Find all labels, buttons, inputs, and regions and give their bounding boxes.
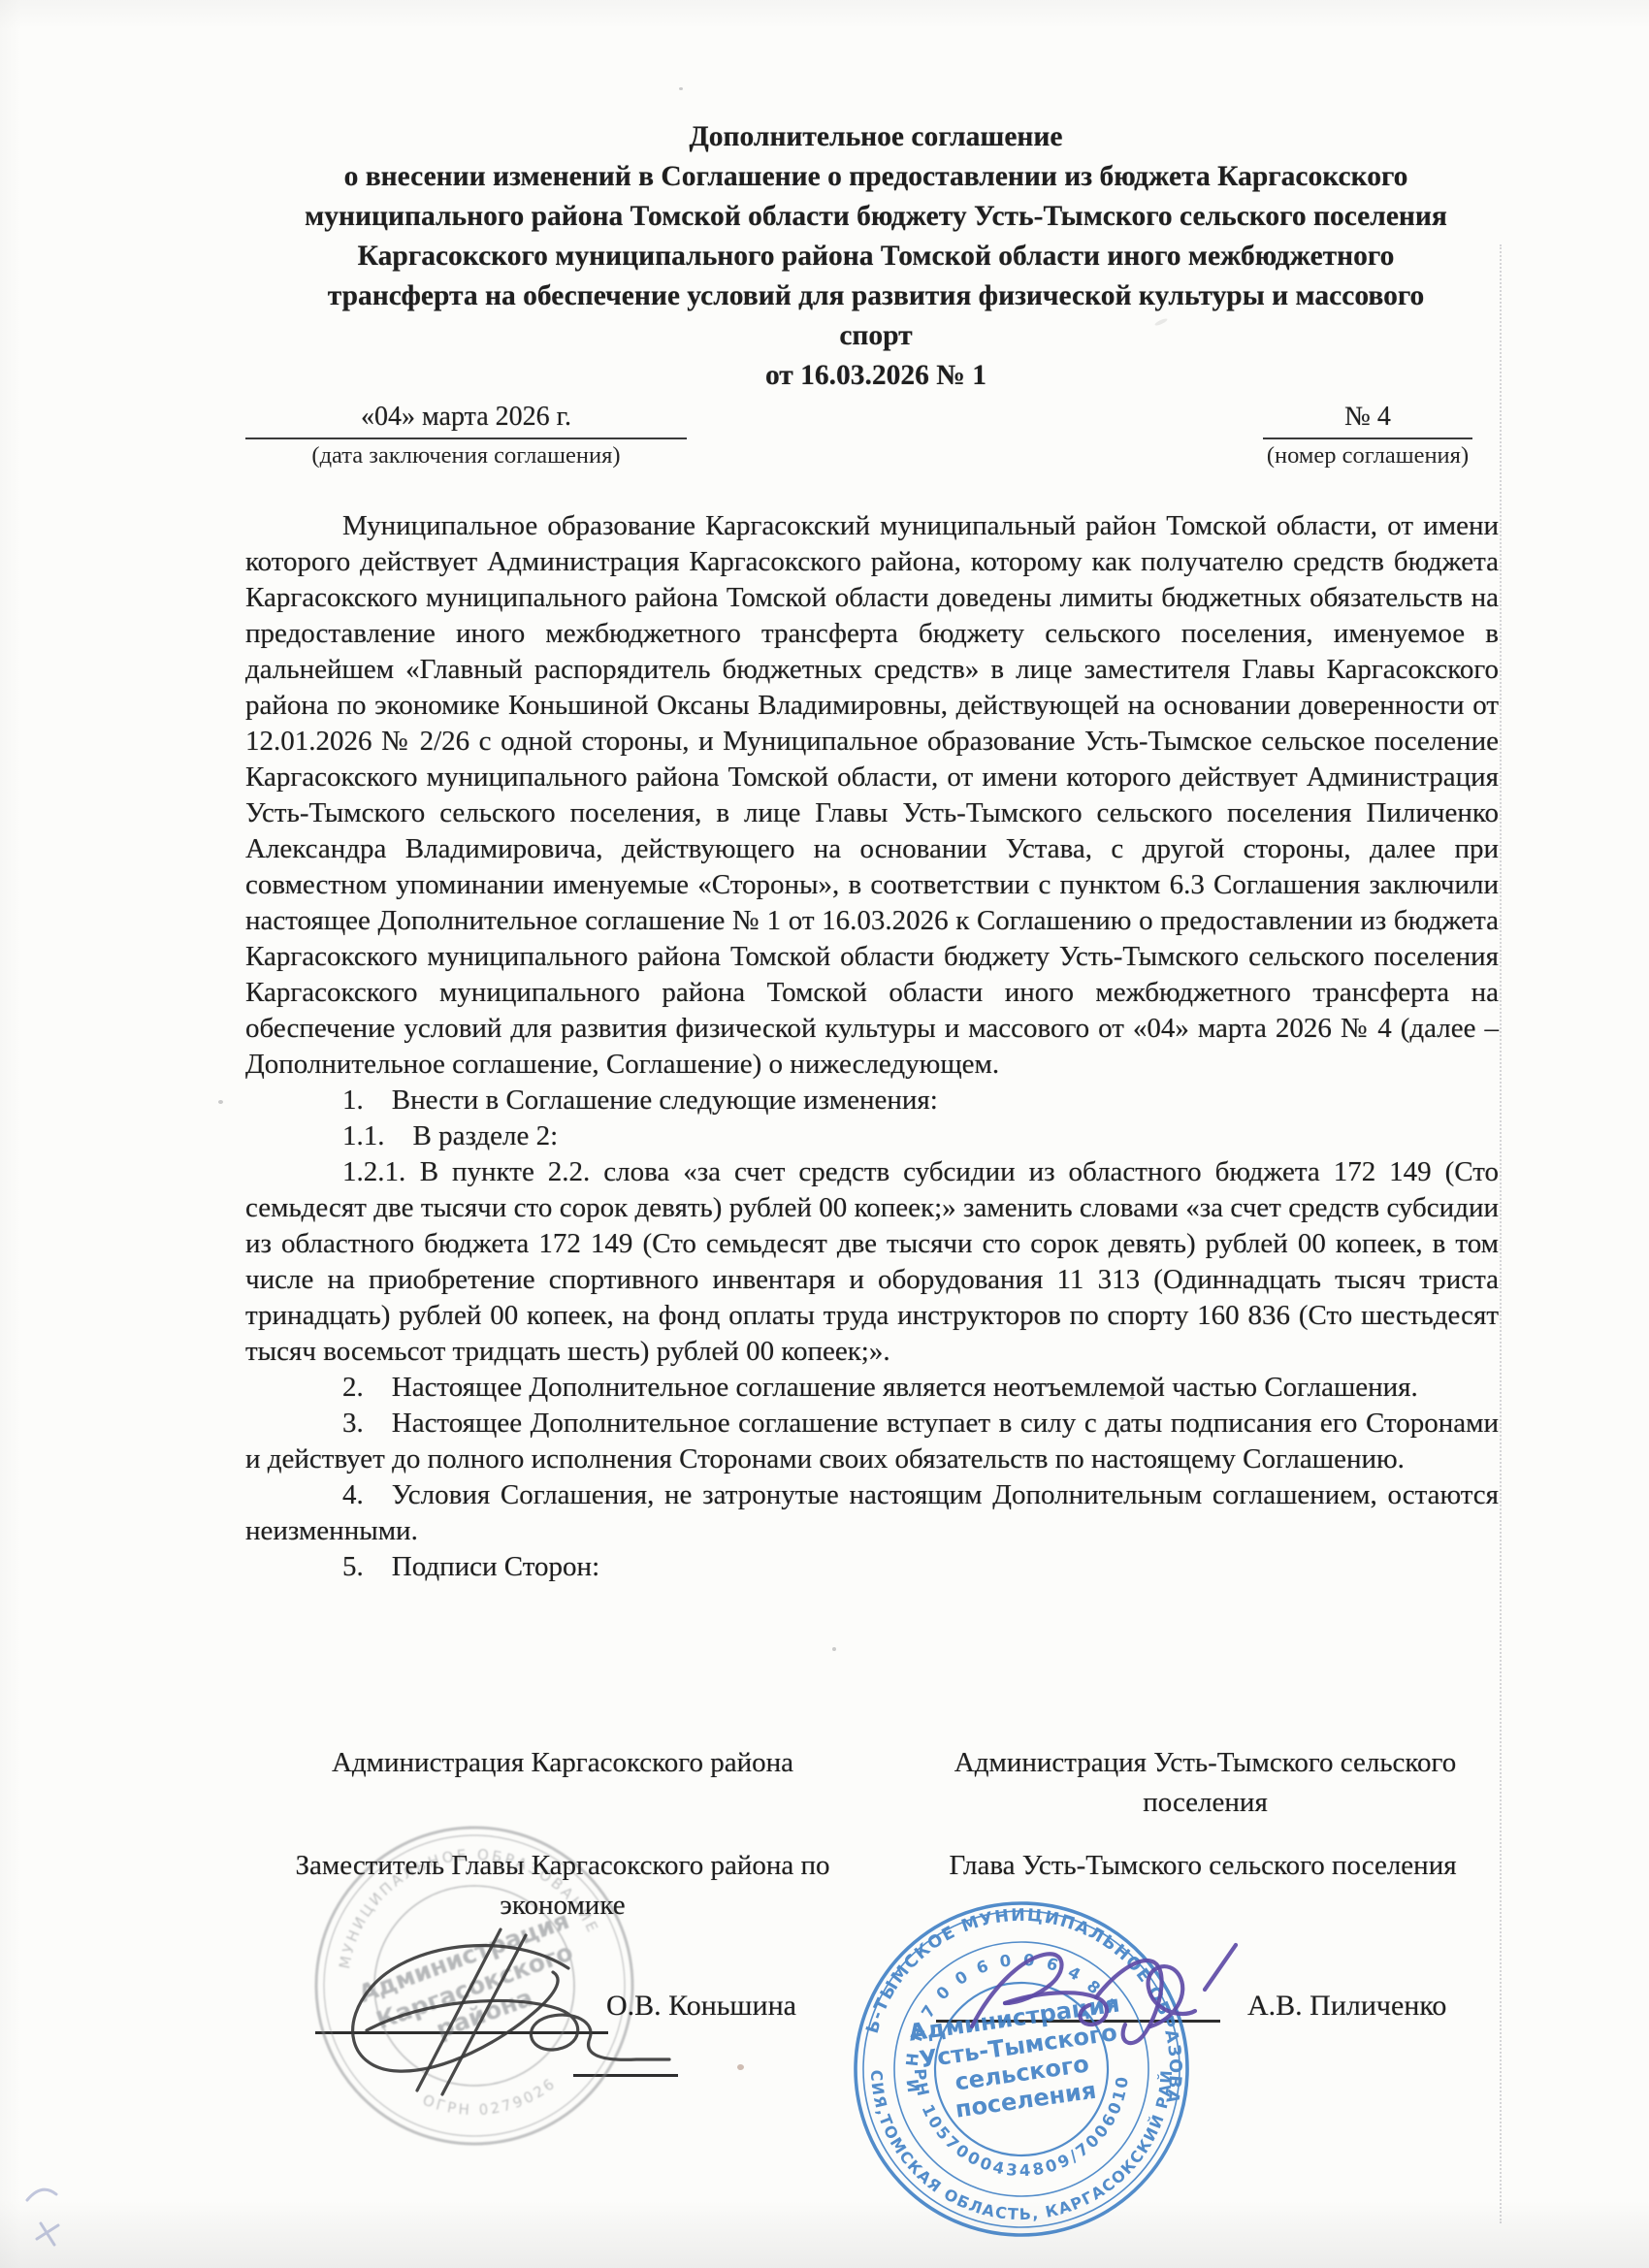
title-line-2: о внесении изменений в Соглашение о пред… (250, 157, 1502, 197)
org-name-right: Администрация Усть-Тымского сельского по… (921, 1743, 1489, 1823)
scan-noise (679, 87, 683, 90)
title-line-1: Дополнительное соглашение (250, 117, 1502, 157)
intro-paragraph: Муниципальное образование Каргасокский м… (245, 508, 1499, 1083)
date-field: «04» марта 2026 г. (дата заключения согл… (245, 402, 687, 470)
date-caption: (дата заключения соглашения) (245, 439, 687, 470)
document-body: Муниципальное образование Каргасокский м… (245, 508, 1499, 1585)
body-item-5: 5. Подписи Сторон: (245, 1549, 1499, 1585)
pen-mark (17, 2171, 105, 2258)
scan-noise (1130, 1397, 1134, 1400)
title-date-number-line: от 16.03.2026 № 1 (250, 356, 1502, 396)
signatory-role-right: Глава Усть-Тымского сельского поселения (912, 1846, 1494, 1886)
body-item-2: 2. Настоящее Дополнительное соглашение я… (245, 1370, 1499, 1406)
title-line-6: спорт (250, 316, 1502, 356)
title-line-5: трансферта на обеспечение условий для ра… (250, 276, 1502, 316)
scan-margin-line (1500, 244, 1502, 2223)
handwritten-signature-right (951, 1933, 1242, 2069)
number-caption: (номер соглашения) (1263, 439, 1472, 470)
document-page: Дополнительное соглашение о внесении изм… (0, 0, 1649, 2268)
scan-noise (832, 1647, 836, 1651)
signatory-name-left: О.В. Коньшина (606, 1990, 796, 2023)
number-field: № 4 (номер соглашения) (1263, 402, 1472, 470)
signatory-role-left: Заместитель Главы Каргасокского района п… (281, 1846, 844, 1926)
document-title: Дополнительное соглашение о внесении изм… (250, 117, 1502, 396)
scan-noise (737, 2064, 744, 2070)
title-line-4: Каргасокского муниципального района Томс… (250, 237, 1502, 276)
body-item-1-2-1: 1.2.1. В пункте 2.2. слова «за счет сред… (245, 1154, 1499, 1370)
body-item-1-1: 1.1. В разделе 2: (245, 1118, 1499, 1154)
date-value: «04» марта 2026 г. (245, 402, 687, 439)
body-item-4: 4. Условия Соглашения, не затронутые нас… (245, 1477, 1499, 1549)
title-line-3: муниципального района Томской области бю… (250, 197, 1502, 237)
org-name-left: Администрация Каргасокского района (272, 1743, 854, 1783)
number-value: № 4 (1263, 402, 1472, 439)
body-item-1: 1. Внести в Соглашение следующие изменен… (245, 1083, 1499, 1118)
scan-noise (218, 1100, 223, 1104)
body-item-3: 3. Настоящее Дополнительное соглашение в… (245, 1406, 1499, 1477)
signatory-name-right: А.В. Пиличенко (1247, 1990, 1446, 2023)
